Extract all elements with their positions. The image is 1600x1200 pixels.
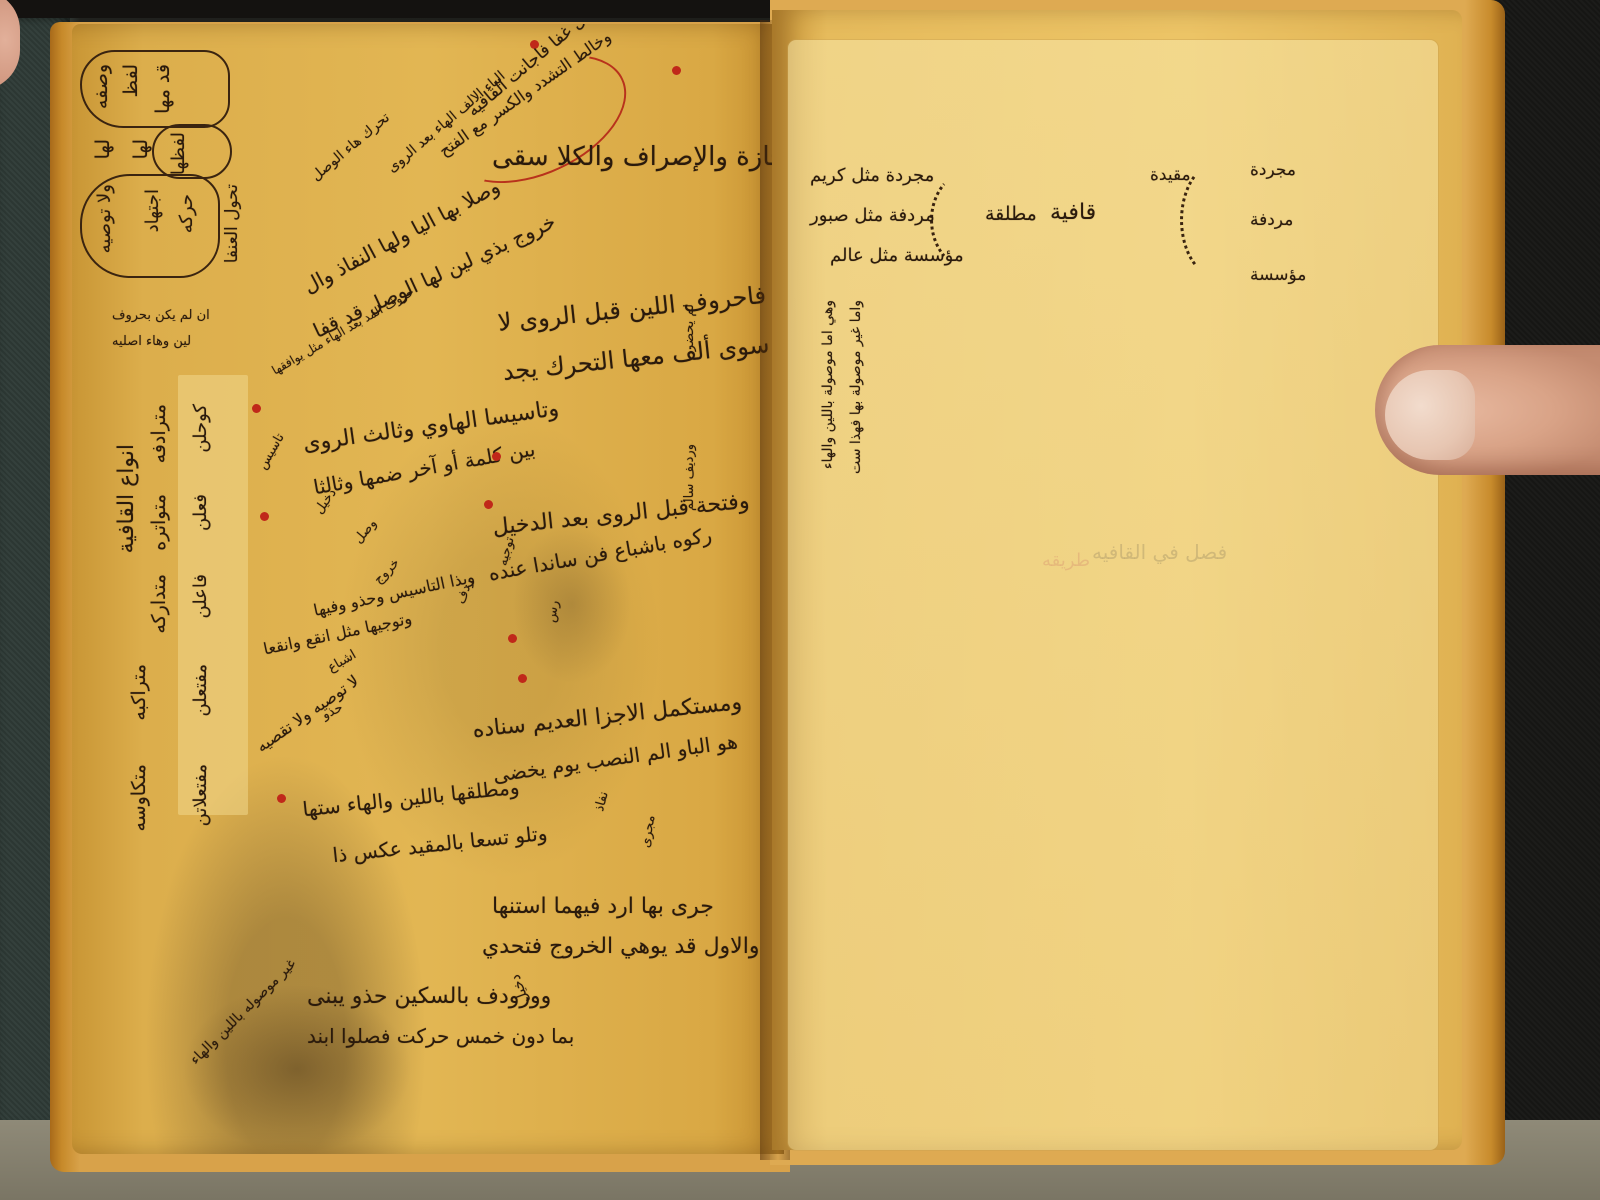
red-dot — [252, 404, 261, 413]
radial-gloss: وصل — [351, 516, 380, 546]
side-note: ورديف سالم — [682, 444, 697, 511]
meter-pattern: فعلن — [190, 494, 211, 531]
radial-gloss: تاسيس — [255, 431, 287, 472]
oval-note-text: ولا توصيه — [94, 184, 115, 253]
diagram-branch: مردفة مثل صبور — [810, 205, 935, 226]
vertical-note: وهي اما موصولة باللين والهاء — [820, 300, 836, 469]
verse-line: وتلو تسعا بالمقيد عكس ذا — [331, 821, 548, 867]
red-dot — [508, 634, 517, 643]
diagram-branch: مؤسسة مثل عالم — [830, 245, 964, 266]
dotted-bracket — [1180, 160, 1260, 280]
verse-line: هو الباو الم النصب يوم يخضى — [492, 729, 739, 787]
red-dot — [518, 674, 527, 683]
meter-pattern: مفتعلن — [190, 664, 211, 717]
meter-pattern: مفتعلاتن — [190, 764, 211, 826]
margin-note: ان لم يكن بحروف — [112, 308, 210, 323]
diagram-right-branch: مجردة — [1250, 160, 1296, 180]
radial-gloss: نفاذ — [592, 790, 612, 813]
oval-note-text: لها — [92, 139, 114, 159]
diagram-right-branch: مردفة — [1250, 210, 1293, 230]
diagram-center-label: قافية — [1050, 200, 1096, 225]
verse-line: سوى ألف معها التحرك يجد — [501, 330, 770, 386]
rhyme-type: مترادفه — [148, 404, 170, 463]
red-dot — [277, 794, 286, 803]
oval-note-text: وصفه — [90, 64, 112, 109]
upper-block-line: تحرك هاء الوصل — [308, 110, 393, 185]
meter-pattern: فاعلن — [190, 574, 211, 619]
rhyme-type: متواتره — [148, 494, 170, 551]
red-dot — [484, 500, 493, 509]
upper-block-line: حروف المد بعد الهاء مثل يوافقها — [269, 284, 416, 377]
oval-note-text: لفظ — [120, 64, 142, 97]
branch-label: مؤسسة — [904, 245, 964, 266]
oval-note-text: لها — [130, 139, 152, 159]
oval-note-text: اجتهاد — [142, 189, 163, 232]
oval-note-text: حركه — [176, 194, 197, 233]
meter-pattern: كوحلن — [190, 404, 211, 453]
branch-example: مثل عالم — [830, 245, 898, 266]
diagram-right-branch: مؤسسة — [1250, 265, 1306, 285]
left-page: وصفه لفظ قد مها لها لها لفظها ولا توصيه … — [72, 24, 784, 1154]
margin-note: لين وهاء اصليه — [112, 334, 191, 349]
verse-line: بما دون خمس حركت فصلوا ابند — [307, 1024, 574, 1048]
branch-example: مثل صبور — [810, 205, 883, 226]
oval-note-2 — [152, 124, 232, 179]
branch-label: مردفة — [889, 205, 935, 226]
red-dot — [672, 66, 681, 75]
verse-line: ومطلقها باللين والهاء ستها — [301, 775, 520, 822]
thumbnail — [1385, 370, 1475, 460]
rhyme-type: متداركه — [148, 574, 170, 634]
side-note: لم يحضر — [682, 304, 697, 351]
verse-line: وورد فاحروف اللين قبل الروى لا — [496, 275, 784, 337]
radial-gloss: اشباع — [325, 647, 359, 675]
ink-stain — [182, 984, 412, 1154]
branch-label: مجردة — [886, 165, 935, 186]
red-dot — [260, 512, 269, 521]
red-dot — [492, 452, 501, 461]
column-title: انواع القافية — [114, 444, 139, 553]
verse-line: وفتحة قبل الروى بعد الدخيل — [491, 489, 750, 541]
branch-example: مثل كريم — [810, 165, 880, 186]
side-note: لا توصيه ولا تقصيه — [252, 671, 362, 756]
diagram-branch: مجردة مثل كريم — [810, 165, 934, 186]
oval-note-text: قد مها — [152, 64, 174, 114]
margin-note: تحول العنفا — [222, 184, 242, 263]
side-note: وتوجيها مثل انقع وانقعا — [262, 609, 414, 659]
rhyme-type: متراكبه — [128, 664, 150, 721]
rhyme-type: متكاوسه — [128, 764, 150, 831]
verse-line: إجازة والإصراف والكلا سقى — [492, 142, 784, 172]
diagram-right-label: مقيدة — [1150, 165, 1191, 185]
radial-gloss: مجرى — [638, 814, 658, 849]
verse-line: والاول قد يوهي الخروج فتحدي — [482, 934, 759, 959]
vertical-note: واما غير موصولة بها فهذا ست — [848, 300, 864, 474]
oval-note-text: لفظها — [168, 132, 189, 175]
pasted-paper-slip — [178, 375, 248, 815]
verse-line: جرى بها ارد فيهما استنها — [492, 894, 714, 919]
